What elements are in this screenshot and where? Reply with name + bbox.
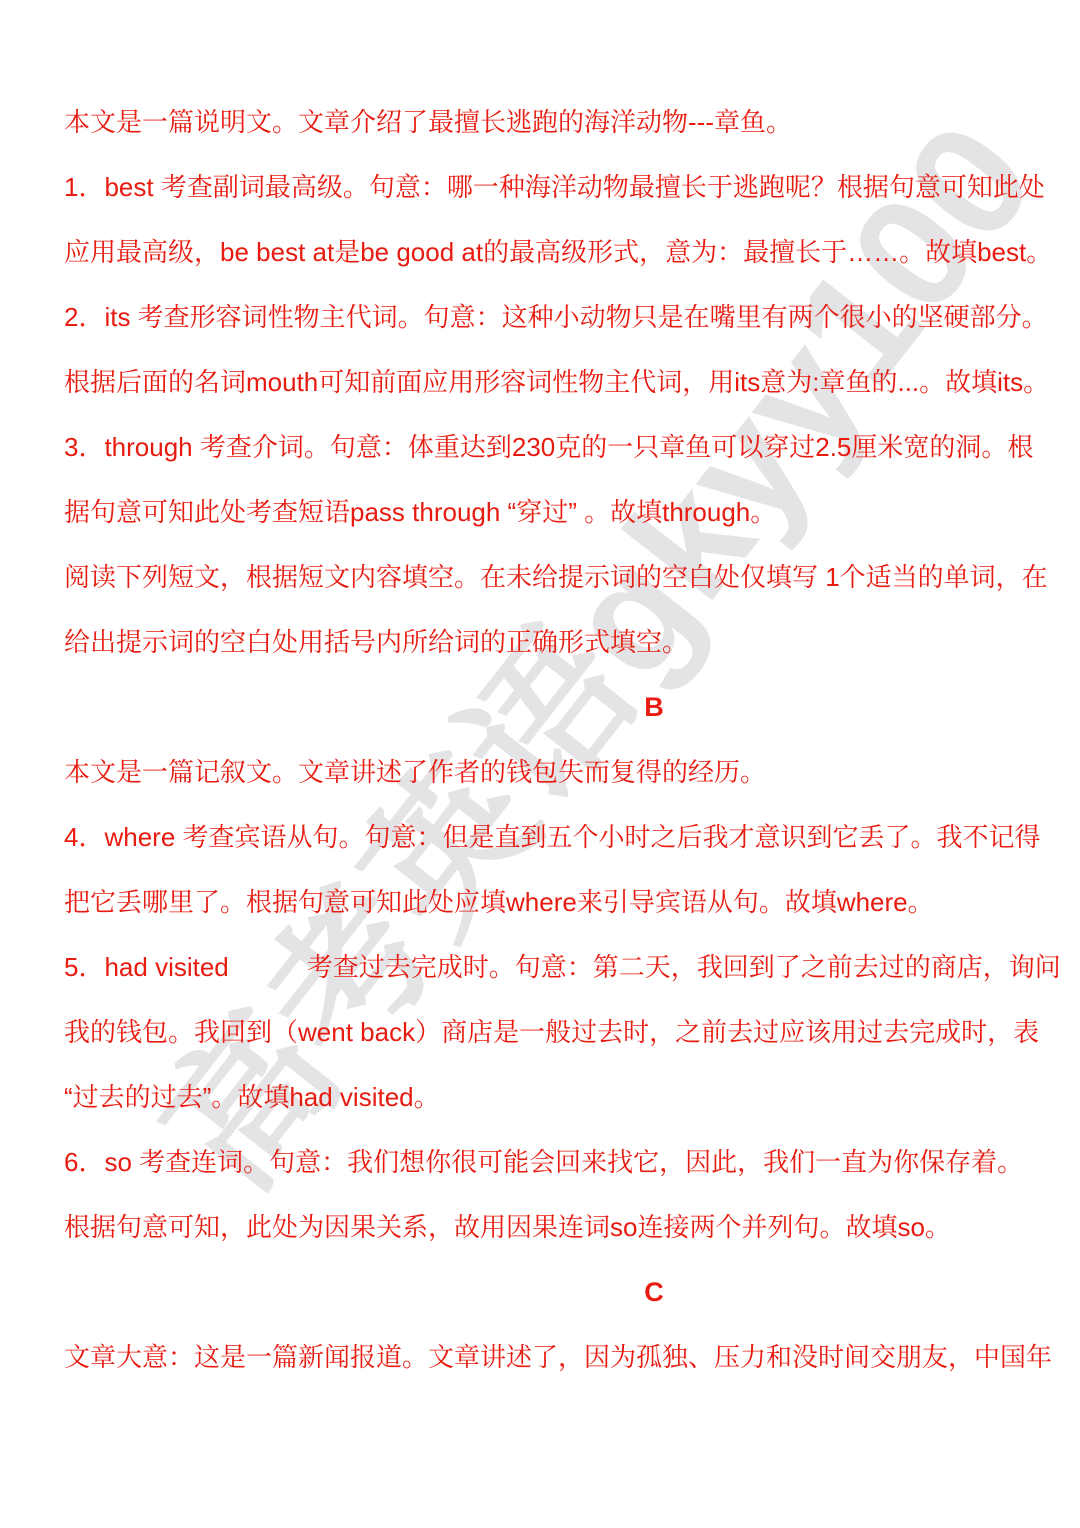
- text-line-answer-1-cont: 应用最高级，be best at是be good at的最高级形式，意为：最擅长…: [64, 220, 1024, 285]
- text-line-answer-3-cont: 据句意可知此处考查短语pass through “穿过” 。故填through。: [64, 480, 1024, 545]
- text-line-answer-5-end: “过去的过去”。故填had visited。: [64, 1065, 1024, 1130]
- text-line-answer-5: 5．had visited 考查过去完成时。句意：第二天，我回到了之前去过的商店…: [64, 935, 1024, 1000]
- text-line-intro-c: 文章大意：这是一篇新闻报道。文章讲述了，因为孤独、压力和没时间交朋友，中国年: [64, 1325, 1024, 1390]
- text-line-answer-3: 3．through 考查介词。句意：体重达到230克的一只章鱼可以穿过2.5厘米…: [64, 415, 1024, 480]
- text-line-answer-4-cont: 把它丢哪里了。根据句意可知此处应填where来引导宾语从句。故填where。: [64, 870, 1024, 935]
- text-line-answer-6-cont: 根据句意可知，此处为因果关系，故用因果连词so连接两个并列句。故填so。: [64, 1195, 1024, 1260]
- text-line-instructions-2: 给出提示词的空白处用括号内所给词的正确形式填空。: [64, 610, 1024, 675]
- text-line-intro-a: 本文是一篇说明文。文章介绍了最擅长逃跑的海洋动物---章鱼。: [64, 90, 1024, 155]
- text-line-answer-4: 4．where 考查宾语从句。句意：但是直到五个小时之后我才意识到它丢了。我不记…: [64, 805, 1024, 870]
- text-line-answer-6: 6．so 考查连词。句意：我们想你很可能会回来找它，因此，我们一直为你保存着。: [64, 1130, 1024, 1195]
- text-line-answer-5-cont: 我的钱包。我回到（went back）商店是一般过去时，之前去过应该用过去完成时…: [64, 1000, 1024, 1065]
- document-page: 高考英语gkyy100 本文是一篇说明文。文章介绍了最擅长逃跑的海洋动物---章…: [0, 0, 1080, 1528]
- text-line-intro-b: 本文是一篇记叙文。文章讲述了作者的钱包失而复得的经历。: [64, 740, 1024, 805]
- section-heading-c: C: [174, 1260, 1080, 1325]
- text-line-answer-1: 1．best 考查副词最高级。句意：哪一种海洋动物最擅长于逃跑呢？根据句意可知此…: [64, 155, 1024, 220]
- text-line-instructions: 阅读下列短文，根据短文内容填空。在未给提示词的空白处仅填写 1个适当的单词，在: [64, 545, 1024, 610]
- section-heading-b: B: [174, 675, 1080, 740]
- document-body: 本文是一篇说明文。文章介绍了最擅长逃跑的海洋动物---章鱼。 1．best 考查…: [0, 0, 1080, 1390]
- text-line-answer-2-cont: 根据后面的名词mouth可知前面应用形容词性物主代词，用its意为:章鱼的...…: [64, 350, 1024, 415]
- text-line-answer-2: 2．its 考查形容词性物主代词。句意：这种小动物只是在嘴里有两个很小的坚硬部分…: [64, 285, 1024, 350]
